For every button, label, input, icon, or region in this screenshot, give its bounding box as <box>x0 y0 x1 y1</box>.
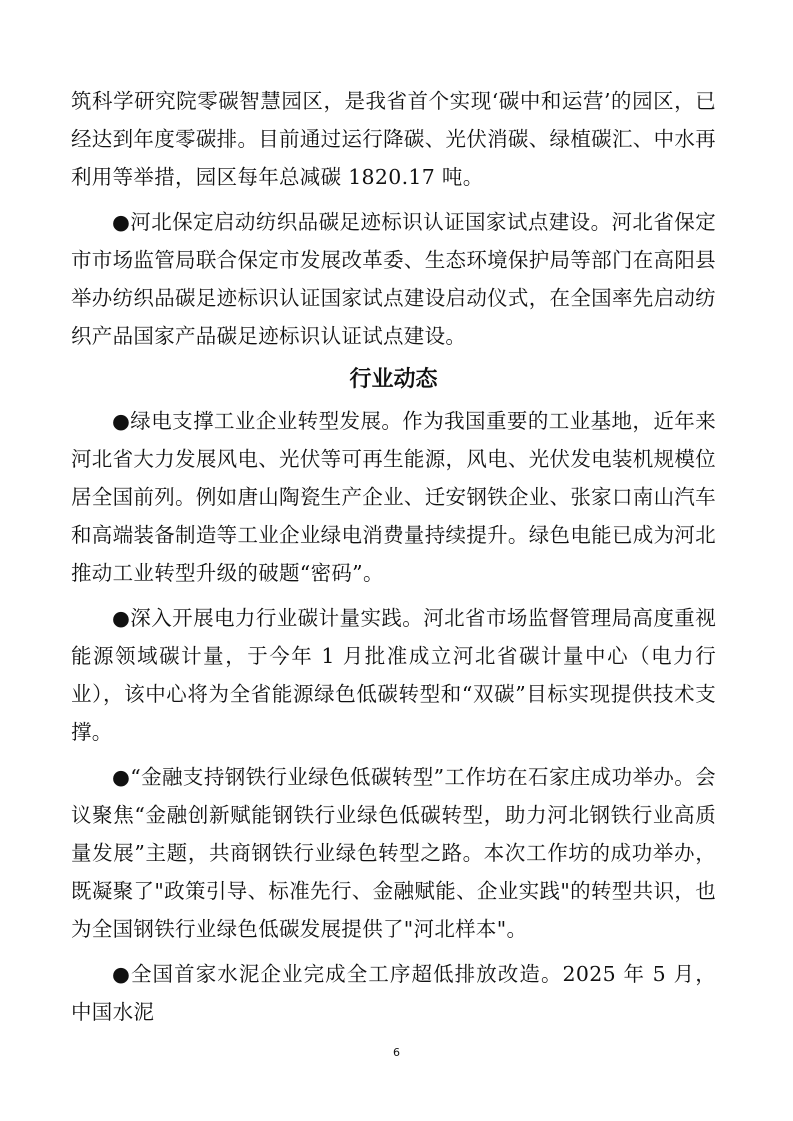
paragraph-cement-ultra-low-emission: ●全国首家水泥企业完成全工序超低排放改造。2025 年 5 月，中国水泥 <box>71 955 716 1031</box>
document-page: 筑科学研究院零碳智慧园区，是我省首个实现‘碳中和运营’的园区，已经达到年度零碳排… <box>71 82 716 1038</box>
paragraph-power-carbon-metering: ●深入开展电力行业碳计量实践。河北省市场监督管理局高度重视能源领域碳计量，于今年… <box>71 599 716 751</box>
paragraph-baoding-textile-carbon-footprint: ●河北保定启动纺织品碳足迹标识认证国家试点建设。河北省保定市市场监管局联合保定市… <box>71 203 716 355</box>
section-heading-industry-news: 行业动态 <box>71 362 716 398</box>
paragraph-green-power-industry: ●绿电支撑工业企业转型发展。作为我国重要的工业基地，近年来河北省大力发展风电、光… <box>71 402 716 592</box>
page-number: 6 <box>0 1046 793 1059</box>
paragraph-zero-carbon-park: 筑科学研究院零碳智慧园区，是我省首个实现‘碳中和运营’的园区，已经达到年度零碳排… <box>71 82 716 196</box>
paragraph-finance-steel-workshop: ●“金融支持钢铁行业绿色低碳转型”工作坊在石家庄成功举办。会议聚焦“金融创新赋能… <box>71 758 716 948</box>
